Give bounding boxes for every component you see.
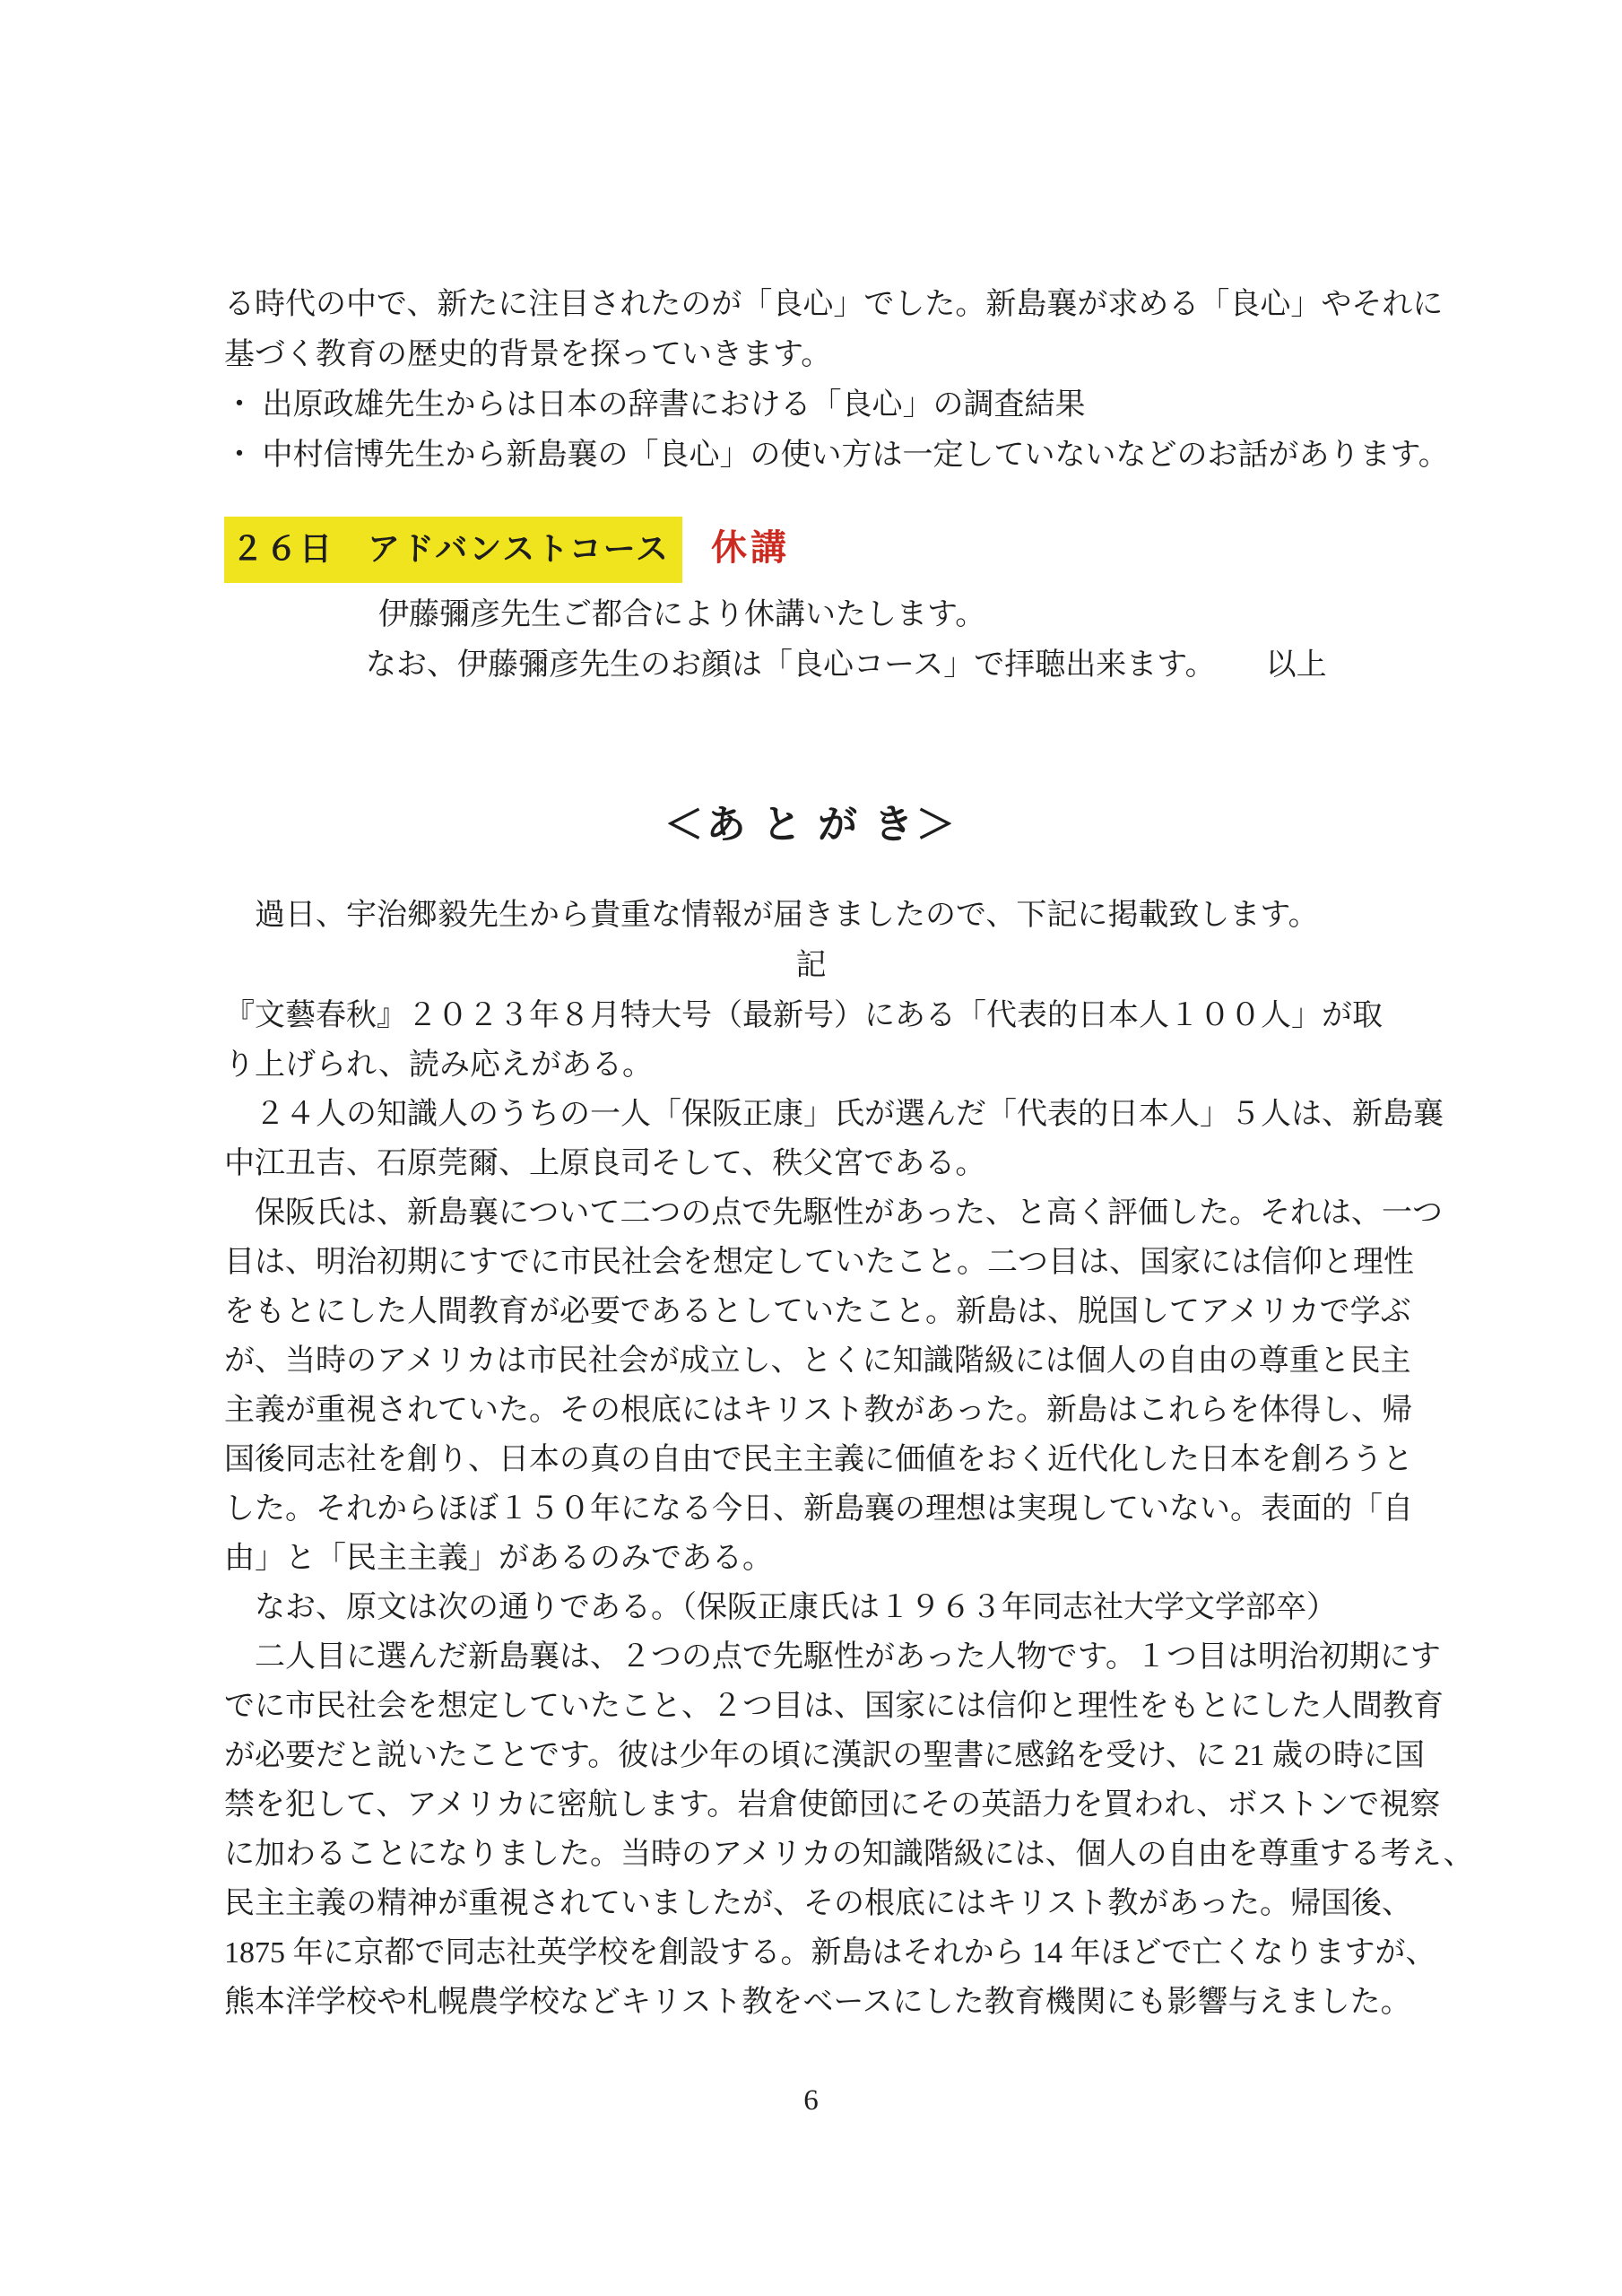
text-line: 二人目に選んだ新島襄は、２つの点で先駆性があった人物です。１つ目は明治初期にす bbox=[224, 1632, 1398, 1682]
page-number: 6 bbox=[224, 2083, 1398, 2118]
notice-closing: 以上 bbox=[1266, 648, 1327, 682]
text-line: 『文藝春秋』２０２３年８月特大号（最新号）にある「代表的日本人１００人」が取 bbox=[224, 991, 1398, 1040]
text-line: 主義が重視されていた。その根底にはキリスト教があった。新島はこれらを体得し、帰 bbox=[224, 1386, 1398, 1435]
cancellation-status: 休講 bbox=[711, 521, 790, 575]
text-line: なお、原文は次の通りである。（保阪正康氏は１９６３年同志社大学文学部卒） bbox=[224, 1583, 1398, 1632]
notice-heading: ２６日 アドバンストコース休講 bbox=[224, 517, 1398, 583]
text-line: 禁を犯して、アメリカに密航します。岩倉使節団にその英語力を買われ、ボストンで視察 bbox=[224, 1780, 1398, 1830]
document-page: る時代の中で、新たに注目されたのが「良心」でした。新島襄が求める「良心」やそれに… bbox=[0, 0, 1622, 2296]
text-line: ・ 中村信博先生から新島襄の「良心」の使い方は一定していないなどのお話があります… bbox=[224, 430, 1398, 481]
record-mark: 記 bbox=[224, 941, 1398, 991]
text-line: ２４人の知識人のうちの一人「保阪正康」氏が選んだ「代表的日本人」５人は、新島襄 bbox=[224, 1090, 1398, 1139]
text-line: した。それからほぼ１５０年になる今日、新島襄の理想は実現していない。表面的「自 bbox=[224, 1484, 1398, 1534]
text-line: 熊本洋学校や札幌農学校などキリスト教をベースにした教育機関にも影響与えました。 bbox=[224, 1978, 1398, 2027]
afterword-intro: 過日、宇治郷毅先生から貴重な情報が届きましたので、下記に掲載致します。 bbox=[224, 891, 1398, 941]
intro-paragraph: る時代の中で、新たに注目されたのが「良心」でした。新島襄が求める「良心」やそれに… bbox=[224, 280, 1398, 481]
text-line: をもとにした人間教育が必要であるとしていたこと。新島は、脱国してアメリカで学ぶ bbox=[224, 1287, 1398, 1336]
notice-detail: 伊藤彌彦先生ご都合により休講いたします。 bbox=[224, 590, 1398, 640]
text-line: 国後同志社を創り、日本の真の自由で民主主義に価値をおく近代化した日本を創ろうと bbox=[224, 1435, 1398, 1484]
page-content: る時代の中で、新たに注目されたのが「良心」でした。新島襄が求める「良心」やそれに… bbox=[0, 0, 1622, 2118]
text-line: が、当時のアメリカは市民社会が成立し、とくに知識階級には個人の自由の尊重と民主 bbox=[224, 1336, 1398, 1386]
notice-note-line: なお、伊藤彌彦先生のお顔は「良心コース」で拝聴出来ます。以上 bbox=[224, 640, 1398, 691]
cancellation-notice: ２６日 アドバンストコース休講 伊藤彌彦先生ご都合により休講いたします。 なお、… bbox=[224, 517, 1398, 691]
text-line: 中江丑吉、石原莞爾、上原良司そして、秩父宮である。 bbox=[224, 1139, 1398, 1188]
text-line: り上げられ、読み応えがある。 bbox=[224, 1040, 1398, 1090]
text-line: 由」と「民主主義」があるのみである。 bbox=[224, 1534, 1398, 1583]
text-line: 基づく教育の歴史的背景を探っていきます。 bbox=[224, 330, 1398, 380]
text-line: る時代の中で、新たに注目されたのが「良心」でした。新島襄が求める「良心」やそれに bbox=[224, 280, 1398, 330]
text-line: 民主主義の精神が重視されていましたが、その根底にはキリスト教があった。帰国後、 bbox=[224, 1879, 1398, 1928]
text-line: に加わることになりました。当時のアメリカの知識階級には、個人の自由を尊重する考え… bbox=[224, 1830, 1398, 1879]
course-highlight: ２６日 アドバンストコース bbox=[224, 517, 682, 583]
afterword-body: 『文藝春秋』２０２３年８月特大号（最新号）にある「代表的日本人１００人」が取り上… bbox=[224, 991, 1398, 2027]
text-line: 1875 年に京都で同志社英学校を創設する。新島はそれから 14 年ほどで亡くな… bbox=[224, 1928, 1398, 1978]
text-line: ・ 出原政雄先生からは日本の辞書における「良心」の調査結果 bbox=[224, 380, 1398, 430]
afterword-heading: ＜あ と が き＞ bbox=[224, 800, 1398, 850]
text-line: が必要だと説いたことです。彼は少年の頃に漢訳の聖書に感銘を受け、に 21 歳の時… bbox=[224, 1731, 1398, 1780]
notice-note-text: なお、伊藤彌彦先生のお顔は「良心コース」で拝聴出来ます。 bbox=[366, 648, 1216, 682]
text-line: でに市民社会を想定していたこと、２つ目は、国家には信仰と理性をもとにした人間教育 bbox=[224, 1682, 1398, 1731]
text-line: 保阪氏は、新島襄について二つの点で先駆性があった、と高く評価した。それは、一つ bbox=[224, 1188, 1398, 1238]
text-line: 目は、明治初期にすでに市民社会を想定していたこと。二つ目は、国家には信仰と理性 bbox=[224, 1238, 1398, 1287]
